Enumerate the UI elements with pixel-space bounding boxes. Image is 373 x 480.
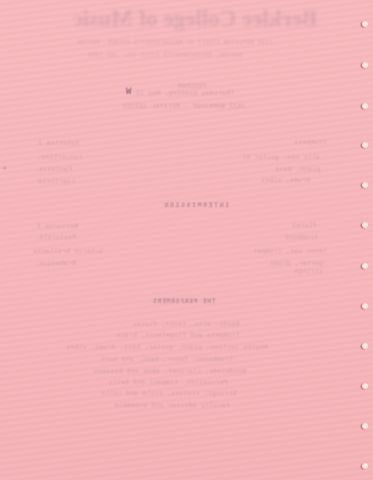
letterhead-address-line-2: BOSTON, MASSACHUSETTS 02215 TEL. 266-140… (88, 53, 242, 59)
binding-hole (362, 21, 368, 27)
program-row-title-cell: Pastorale, (35, 234, 76, 241)
binding-hole (362, 142, 368, 148)
binding-hole (362, 103, 368, 109)
program-row-title-cell: Fantasia, (35, 166, 72, 173)
dark-ink-smudge: W (126, 87, 131, 97)
performers-line-bleedthrough: Rhythm section: piano, guitar, bass, dru… (66, 344, 268, 351)
binding-hole (362, 303, 368, 309)
program-row-performer-cell: tenor sax, trumpet (253, 248, 327, 255)
letterhead-address-line-1: 1140 BOYLSTON STREET AT MASSACHUSETTS AV… (77, 40, 273, 46)
program-intro-line-bleedthrough: JAZZ WORKSHOP - RECITAL SERIES (122, 103, 245, 110)
performers-line-bleedthrough: Faculty advisor and ensemble (114, 402, 229, 409)
performers-line-bleedthrough: Strings: violins, viola and cello (101, 390, 237, 397)
program-row-performer-cell: trumpets (294, 139, 327, 146)
program-row-performer-cell: flutes (292, 222, 317, 229)
program-row-performer-cell: drums, vibes (261, 177, 310, 184)
program-row-title-cell: Arabesque, (35, 260, 76, 267)
program-row-title-cell: Concertino, (37, 154, 82, 161)
binding-hole (362, 383, 368, 389)
binding-hole (362, 423, 368, 429)
berklee-logo-bleedthrough: Berklee College of Music (73, 7, 318, 30)
program-row-performer-cell: piano, bass (275, 166, 320, 173)
program-row-performer-cell: guitar, drums (270, 260, 323, 267)
pink-program-page-back: Berklee College of Music 1140 BOYLSTON S… (0, 0, 373, 480)
binding-hole (362, 463, 368, 469)
program-row-title-cell: Nocturne I (37, 223, 78, 230)
program-row-performer-cell: strings (294, 268, 323, 275)
performers-line-bleedthrough: Trumpets and flugelhorn, brass (116, 332, 239, 339)
program-row-title-cell: Scherzo brillante (33, 248, 103, 255)
performers-line-bleedthrough: Trombones: tenor, bass, and horn (101, 356, 233, 363)
performers-line-bleedthrough: Percussion, timpani and bells (108, 379, 227, 386)
binding-hole (362, 343, 368, 349)
performers-line-bleedthrough: Reeds: alto, tenor, flutes (133, 321, 240, 328)
performers-line-bleedthrough: Woodwinds: clarinet, oboe and bassoon (94, 368, 246, 375)
program-row-performer-cell: trombone (285, 234, 318, 241)
binding-hole (362, 222, 368, 228)
binding-hole (362, 263, 368, 269)
performers-heading-bleedthrough: THE PERFORMERS (152, 298, 215, 305)
program-intro-line-bleedthrough: Thursday evening, May 15 (136, 90, 235, 97)
program-row-title-cell: Sonatina I (38, 140, 79, 147)
intermission-heading-bleedthrough: INTERMISSION (163, 202, 229, 209)
program-row-performer-cell: alto sax, guitar bl (242, 154, 320, 161)
binding-hole (362, 182, 368, 188)
left-edge-speck (3, 167, 6, 169)
binding-hole (362, 62, 368, 68)
program-row-title-cell: Capriccio (38, 178, 75, 185)
